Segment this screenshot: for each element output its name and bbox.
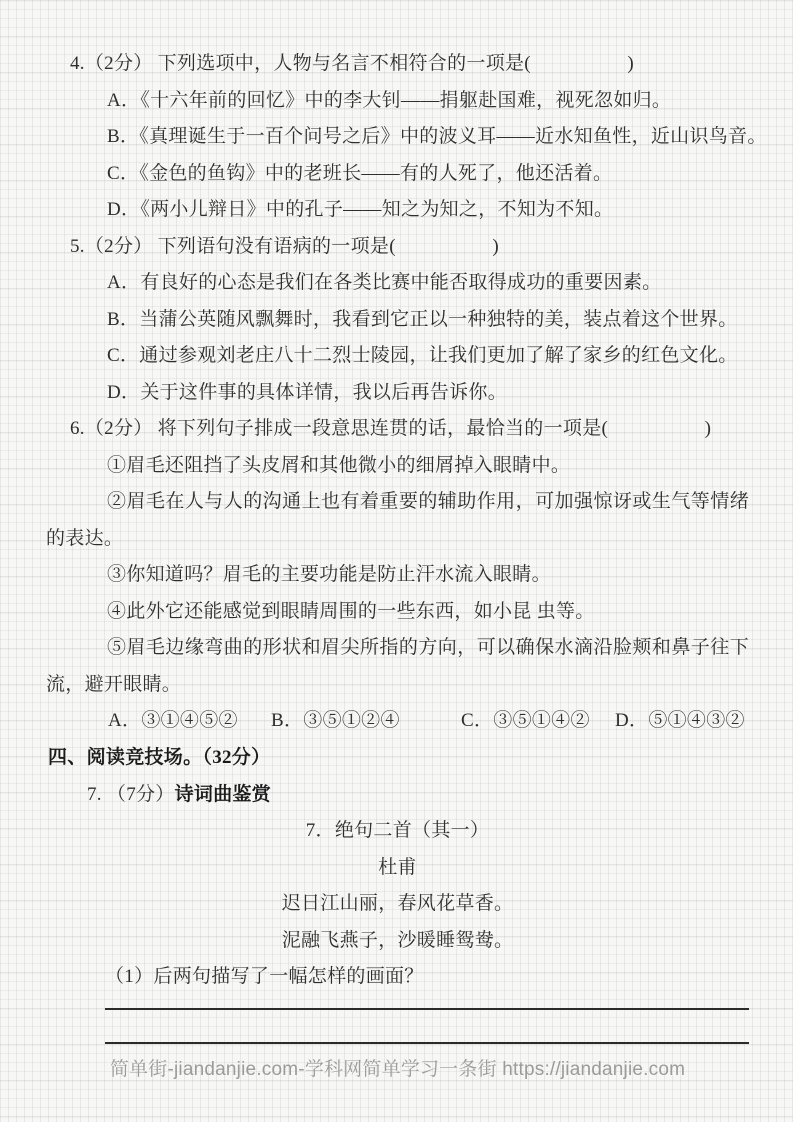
footer-watermark: 简单街-jiandanjie.com-学科网简单学习一条街 https://ji…	[46, 1056, 749, 1084]
section-4-heading: 四、阅读竞技场。（32分）	[46, 740, 749, 777]
question-6-choice-b: B．③⑤①②④	[271, 703, 400, 740]
question-5-stem: 5.（2分） 下列语句没有语病的一项是( )	[46, 229, 749, 266]
answer-blank-line-2	[105, 1010, 749, 1044]
poem-title: 7．绝句二首（其一）	[46, 813, 749, 850]
question-7-sub-question: （1）后两句描写了一幅怎样的画面？	[46, 959, 749, 996]
question-6-choice-c: C．③⑤①④②	[461, 703, 590, 740]
question-6-choices: A．③①④⑤② B．③⑤①②④ C．③⑤①④② D．⑤①④③②	[46, 703, 749, 740]
poem-line-1: 迟日江山丽，春风花草香。	[46, 886, 749, 923]
question-4-option-b: B．《真理诞生于一百个问号之后》中的波义耳——近水知鱼性，近山识鸟音。	[46, 119, 749, 156]
question-5-option-c: C．通过参观刘老庄八十二烈士陵园，让我们更加了解了家乡的红色文化。	[46, 338, 749, 375]
question-5-option-b: B．当蒲公英随风飘舞时，我看到它正以一种独特的美，装点着这个世界。	[46, 302, 749, 339]
question-4-stem: 4.（2分） 下列选项中，人物与名言不相符合的一项是( )	[46, 46, 749, 83]
poem-line-2: 泥融飞燕子，沙暖睡鸳鸯。	[46, 923, 749, 960]
question-6-sentence-4: ④此外它还能感觉到眼睛周围的一些东西，如小昆 虫等。	[46, 594, 749, 631]
question-4-option-d: D．《两小儿辩日》中的孔子——知之为知之，不知为不知。	[46, 192, 749, 229]
question-7-label-prefix: 7. （7分）	[87, 784, 175, 805]
question-6-sentence-5: ⑤眉毛边缘弯曲的形状和眉尖所指的方向，可以确保水滴沿脸颊和鼻子往下流，避开眼睛。	[46, 630, 749, 703]
question-6-sentence-2: ②眉毛在人与人的沟通上也有着重要的辅助作用，可加强惊讶或生气等情绪的表达。	[46, 484, 749, 557]
question-7-label-title: 诗词曲鉴赏	[175, 784, 272, 805]
answer-blank-line-1	[105, 996, 749, 1010]
question-6-stem: 6.（2分） 将下列句子排成一段意思连贯的话，最恰当的一项是( )	[46, 411, 749, 448]
poem-author: 杜甫	[46, 850, 749, 887]
question-4-option-a: A．《十六年前的回忆》中的李大钊——捐躯赴国难，视死忽如归。	[46, 83, 749, 120]
question-5-option-a: A．有良好的心态是我们在各类比赛中能否取得成功的重要因素。	[46, 265, 749, 302]
question-6-choice-d: D．⑤①④③②	[615, 703, 745, 740]
question-6-sentence-3: ③你知道吗？眉毛的主要功能是防止汗水流入眼睛。	[46, 557, 749, 594]
question-6-sentence-1: ①眉毛还阻挡了头皮屑和其他微小的细屑掉入眼睛中。	[46, 448, 749, 485]
question-5-option-d: D．关于这件事的具体详情，我以后再告诉你。	[46, 375, 749, 412]
question-6-choice-a: A．③①④⑤②	[108, 703, 238, 740]
question-7-label: 7. （7分）诗词曲鉴赏	[46, 777, 749, 814]
question-4-option-c: C．《金色的鱼钩》中的老班长——有的人死了，他还活着。	[46, 156, 749, 193]
exam-paper-page: 4.（2分） 下列选项中，人物与名言不相符合的一项是( ) A．《十六年前的回忆…	[0, 0, 793, 1122]
